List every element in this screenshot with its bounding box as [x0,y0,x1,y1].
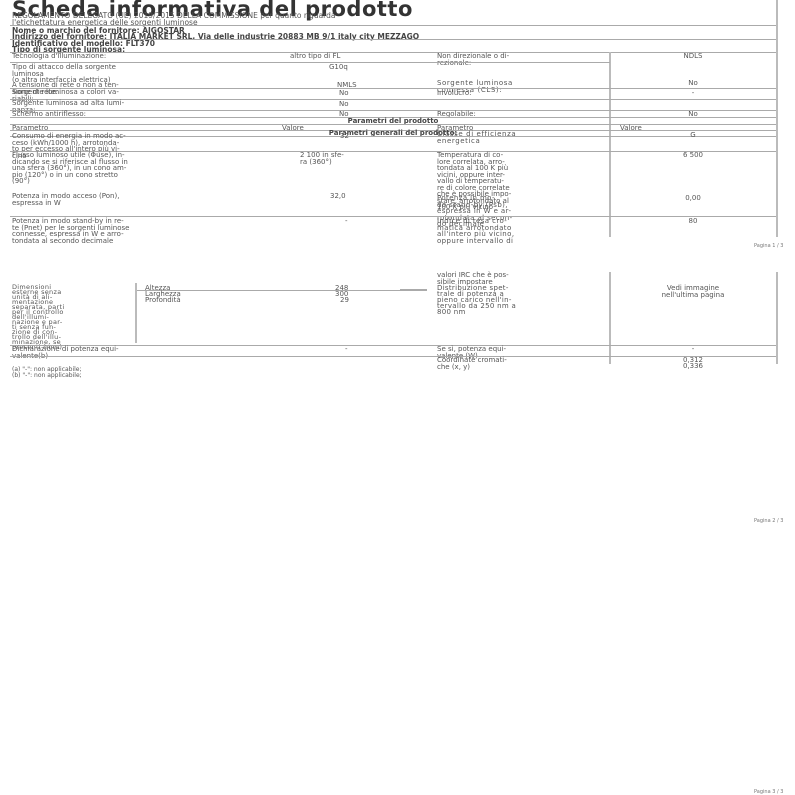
divider [10,124,776,125]
column-divider [135,283,137,343]
chroma-y: 0,336 [612,363,774,370]
divider [10,216,776,217]
column-divider [776,272,778,364]
param-value-standby-power: 0,00 [612,195,774,202]
spectral-label: Distribuzione spet- trale di potenza a p… [437,285,516,315]
dimensions-label: Dimensioni esterne senza unità di ali- m… [12,285,64,350]
row-value-colour-tunable: No [339,90,349,97]
equiv-power-value-2: - [612,346,774,353]
row-value-high-luminance: No [339,101,349,108]
row-label-envelope: Involucro: [437,90,472,97]
row-value-technology: altro tipo di FL [290,53,340,60]
dimension-depth-label: Profondità [145,297,181,304]
column-divider [609,272,611,364]
param-label-cri: Indice di resa cro- matica arrotondato a… [437,218,514,244]
param-value-energy-class: G [612,132,774,139]
spectral-value: Vedi immagine nell'ultima pagina [612,285,774,298]
row-value-cap-type: G10q [329,64,348,71]
divider [400,289,427,290]
chroma-label: Coordinate cromati- che (x, y) [437,357,507,370]
row-value-directional: NDLS [612,53,774,60]
row-label-directional: Non direzionale o di- rezionale: [437,53,607,67]
param-label-on-power: Potenza in modo acceso (Pon), espressa i… [12,193,119,206]
param-value-energy: 32 [340,133,349,140]
param-label-energy-class: Classe di efficienza energetica [437,131,516,144]
row-value-cls: No [612,80,774,87]
divider [10,88,776,89]
column-divider [609,52,611,237]
equiv-power-label: Dichiarazione di potenza equi- valente(b… [12,346,119,359]
dimension-depth-value: 29 [340,297,349,304]
equiv-power-value: - [345,346,348,353]
footnote-b: (b) "-": non applicabile; [12,372,82,379]
param-value-net-standby: - [345,218,348,225]
divider [10,99,776,100]
param-value-cri: 80 [612,218,774,225]
param-label-net-standby: Potenza in modo stand-by in re- te (Pnet… [12,218,129,244]
param-label-flux: Flusso luminoso utile (Φuse), in- dicand… [12,152,128,185]
page-number-1: Pagina 1 / 3 [754,243,783,249]
row-value-envelope: - [612,90,774,97]
column-divider [776,0,778,237]
page-number-3: Pagina 3 / 3 [754,789,783,795]
param-value-flux: 2 100 in sfe- ra (360°) [300,152,344,165]
page-number-2: Pagina 2 / 3 [754,518,783,524]
param-value-on-power: 32,0 [330,193,346,200]
row-label-technology: Tecnologia d'illuminazione: [12,53,106,60]
param-value-cct: 6 500 [612,152,774,159]
